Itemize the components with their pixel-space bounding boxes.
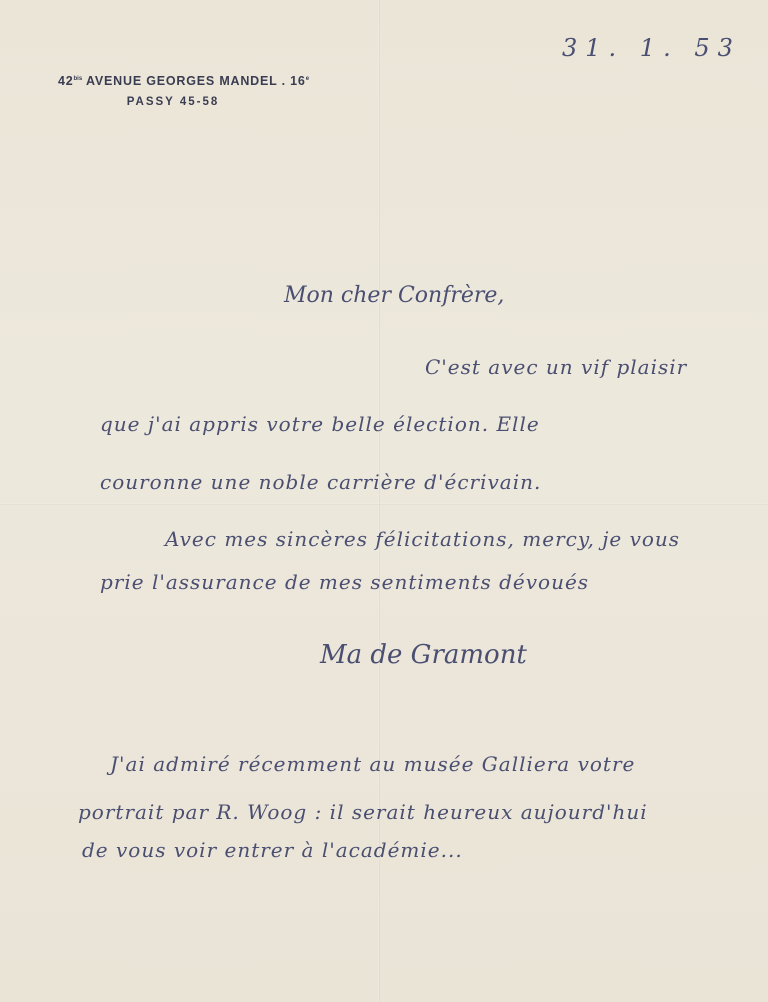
letterhead: 42bis AVENUE GEORGES MANDEL . 16e PASSY … — [58, 74, 288, 108]
body-line: couronne une noble carrière d'écrivain. — [100, 470, 541, 494]
body-line: prie l'assurance de mes sentiments dévou… — [100, 570, 589, 594]
letterhead-address: 42bis AVENUE GEORGES MANDEL . 16e — [58, 74, 288, 88]
salutation: Mon cher Confrère, — [284, 283, 504, 308]
arrondissement-suffix: e — [306, 76, 309, 82]
horizontal-fold-line — [0, 503, 768, 505]
address-street: AVENUE GEORGES MANDEL . 16 — [82, 74, 306, 88]
signature: Ma de Gramont — [320, 640, 527, 670]
body-line: que j'ai appris votre belle élection. El… — [100, 412, 540, 436]
postscript-line: portrait par R. Woog : il serait heureux… — [78, 800, 648, 824]
body-line: Avec mes sincères félicitations, mercy, … — [165, 527, 680, 551]
letterhead-phone: PASSY 45-58 — [58, 96, 288, 108]
postscript-line: J'ai admiré récemment au musée Galliera … — [110, 752, 635, 776]
body-line: C'est avec un vif plaisir — [425, 355, 687, 379]
postscript-line: de vous voir entrer à l'académie... — [82, 838, 463, 862]
letter-date: 31. 1. 53 — [562, 34, 741, 62]
address-number: 42 — [58, 74, 74, 88]
address-suffix: bis — [74, 76, 83, 82]
letter-paper: 42bis AVENUE GEORGES MANDEL . 16e PASSY … — [0, 0, 768, 1002]
